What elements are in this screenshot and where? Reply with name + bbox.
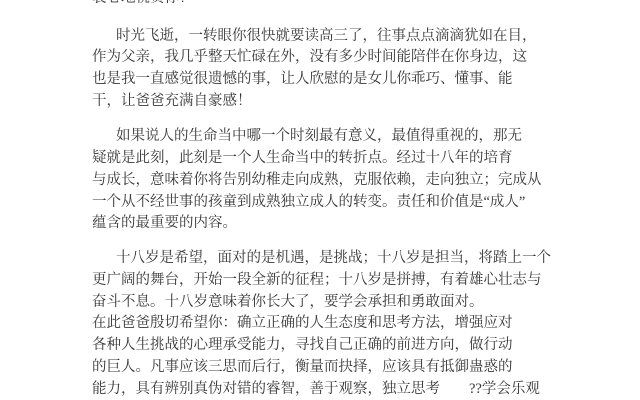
text-line: 能力，具有辨别真伪对错的睿智，善于观察，独立思考 ??学会乐观 [92, 379, 572, 400]
text-line: 时光飞逝，一转眼你很快就要读高三了，往事点点滴滴犹如在目， [92, 26, 572, 48]
paragraph-time-flies: 时光飞逝，一转眼你很快就要读高三了，往事点点滴滴犹如在目， 作为父亲，我几乎整天… [92, 26, 572, 113]
document-text-column: 衷心地祝贺你！ 时光飞逝，一转眼你很快就要读高三了，往事点点滴滴犹如在目， 作为… [92, 0, 572, 400]
document-page: 衷心地祝贺你！ 时光飞逝，一转眼你很快就要读高三了，往事点点滴滴犹如在目， 作为… [0, 0, 640, 400]
text-line: 奋斗不息。十八岁意味着你长大了，要学会承担和勇敢面对。 [92, 292, 572, 314]
text-line: 的巨人。凡事应该三思而后行，衡量而抉择，应该具有抵御蛊惑的 [92, 357, 572, 379]
text-line: 与成长，意味着你将告别幼稚走向成熟，克服依赖，走向独立；完成从 [92, 170, 572, 192]
partial-top-line: 衷心地祝贺你！ [92, 0, 572, 10]
text-line: 一个从不经世事的孩童到成熟独立成人的转变。责任和价值是“成人” [92, 192, 572, 214]
text-line: 更广阔的舞台，开始一段全新的征程；十八岁是拼搏，有着雄心壮志与 [92, 270, 572, 292]
text-line: 在此爸爸殷切希望你：确立正确的人生态度和思考方法，增强应对 [92, 313, 572, 335]
text-line: 如果说人的生命当中哪一个时刻最有意义，最值得重视的，那无 [92, 126, 572, 148]
text-line: 各种人生挑战的心理承受能力，寻找自己正确的前进方向，做行动 [92, 335, 572, 357]
paragraph-turning-point: 如果说人的生命当中哪一个时刻最有意义，最值得重视的，那无 疑就是此刻，此刻是一个… [92, 126, 572, 234]
text-line: 干，让爸爸充满自豪感！ [92, 91, 572, 113]
text-line: 十八岁是希望，面对的是机遇，是挑战；十八岁是担当，将踏上一个 [92, 248, 572, 270]
text-line: 疑就是此刻，此刻是一个人生命当中的转折点。经过十八年的培育 [92, 148, 572, 170]
text-line: 作为父亲，我几乎整天忙碌在外，没有多少时间能陪伴在你身边，这 [92, 47, 572, 69]
text-line: 蕴含的最重要的内容。 [92, 213, 572, 235]
text-line: 也是我一直感觉很遗憾的事，让人欣慰的是女儿你乖巧、懂事、能 [92, 69, 572, 91]
paragraph-eighteen-hopes: 十八岁是希望，面对的是机遇，是挑战；十八岁是担当，将踏上一个 更广阔的舞台，开始… [92, 248, 572, 400]
